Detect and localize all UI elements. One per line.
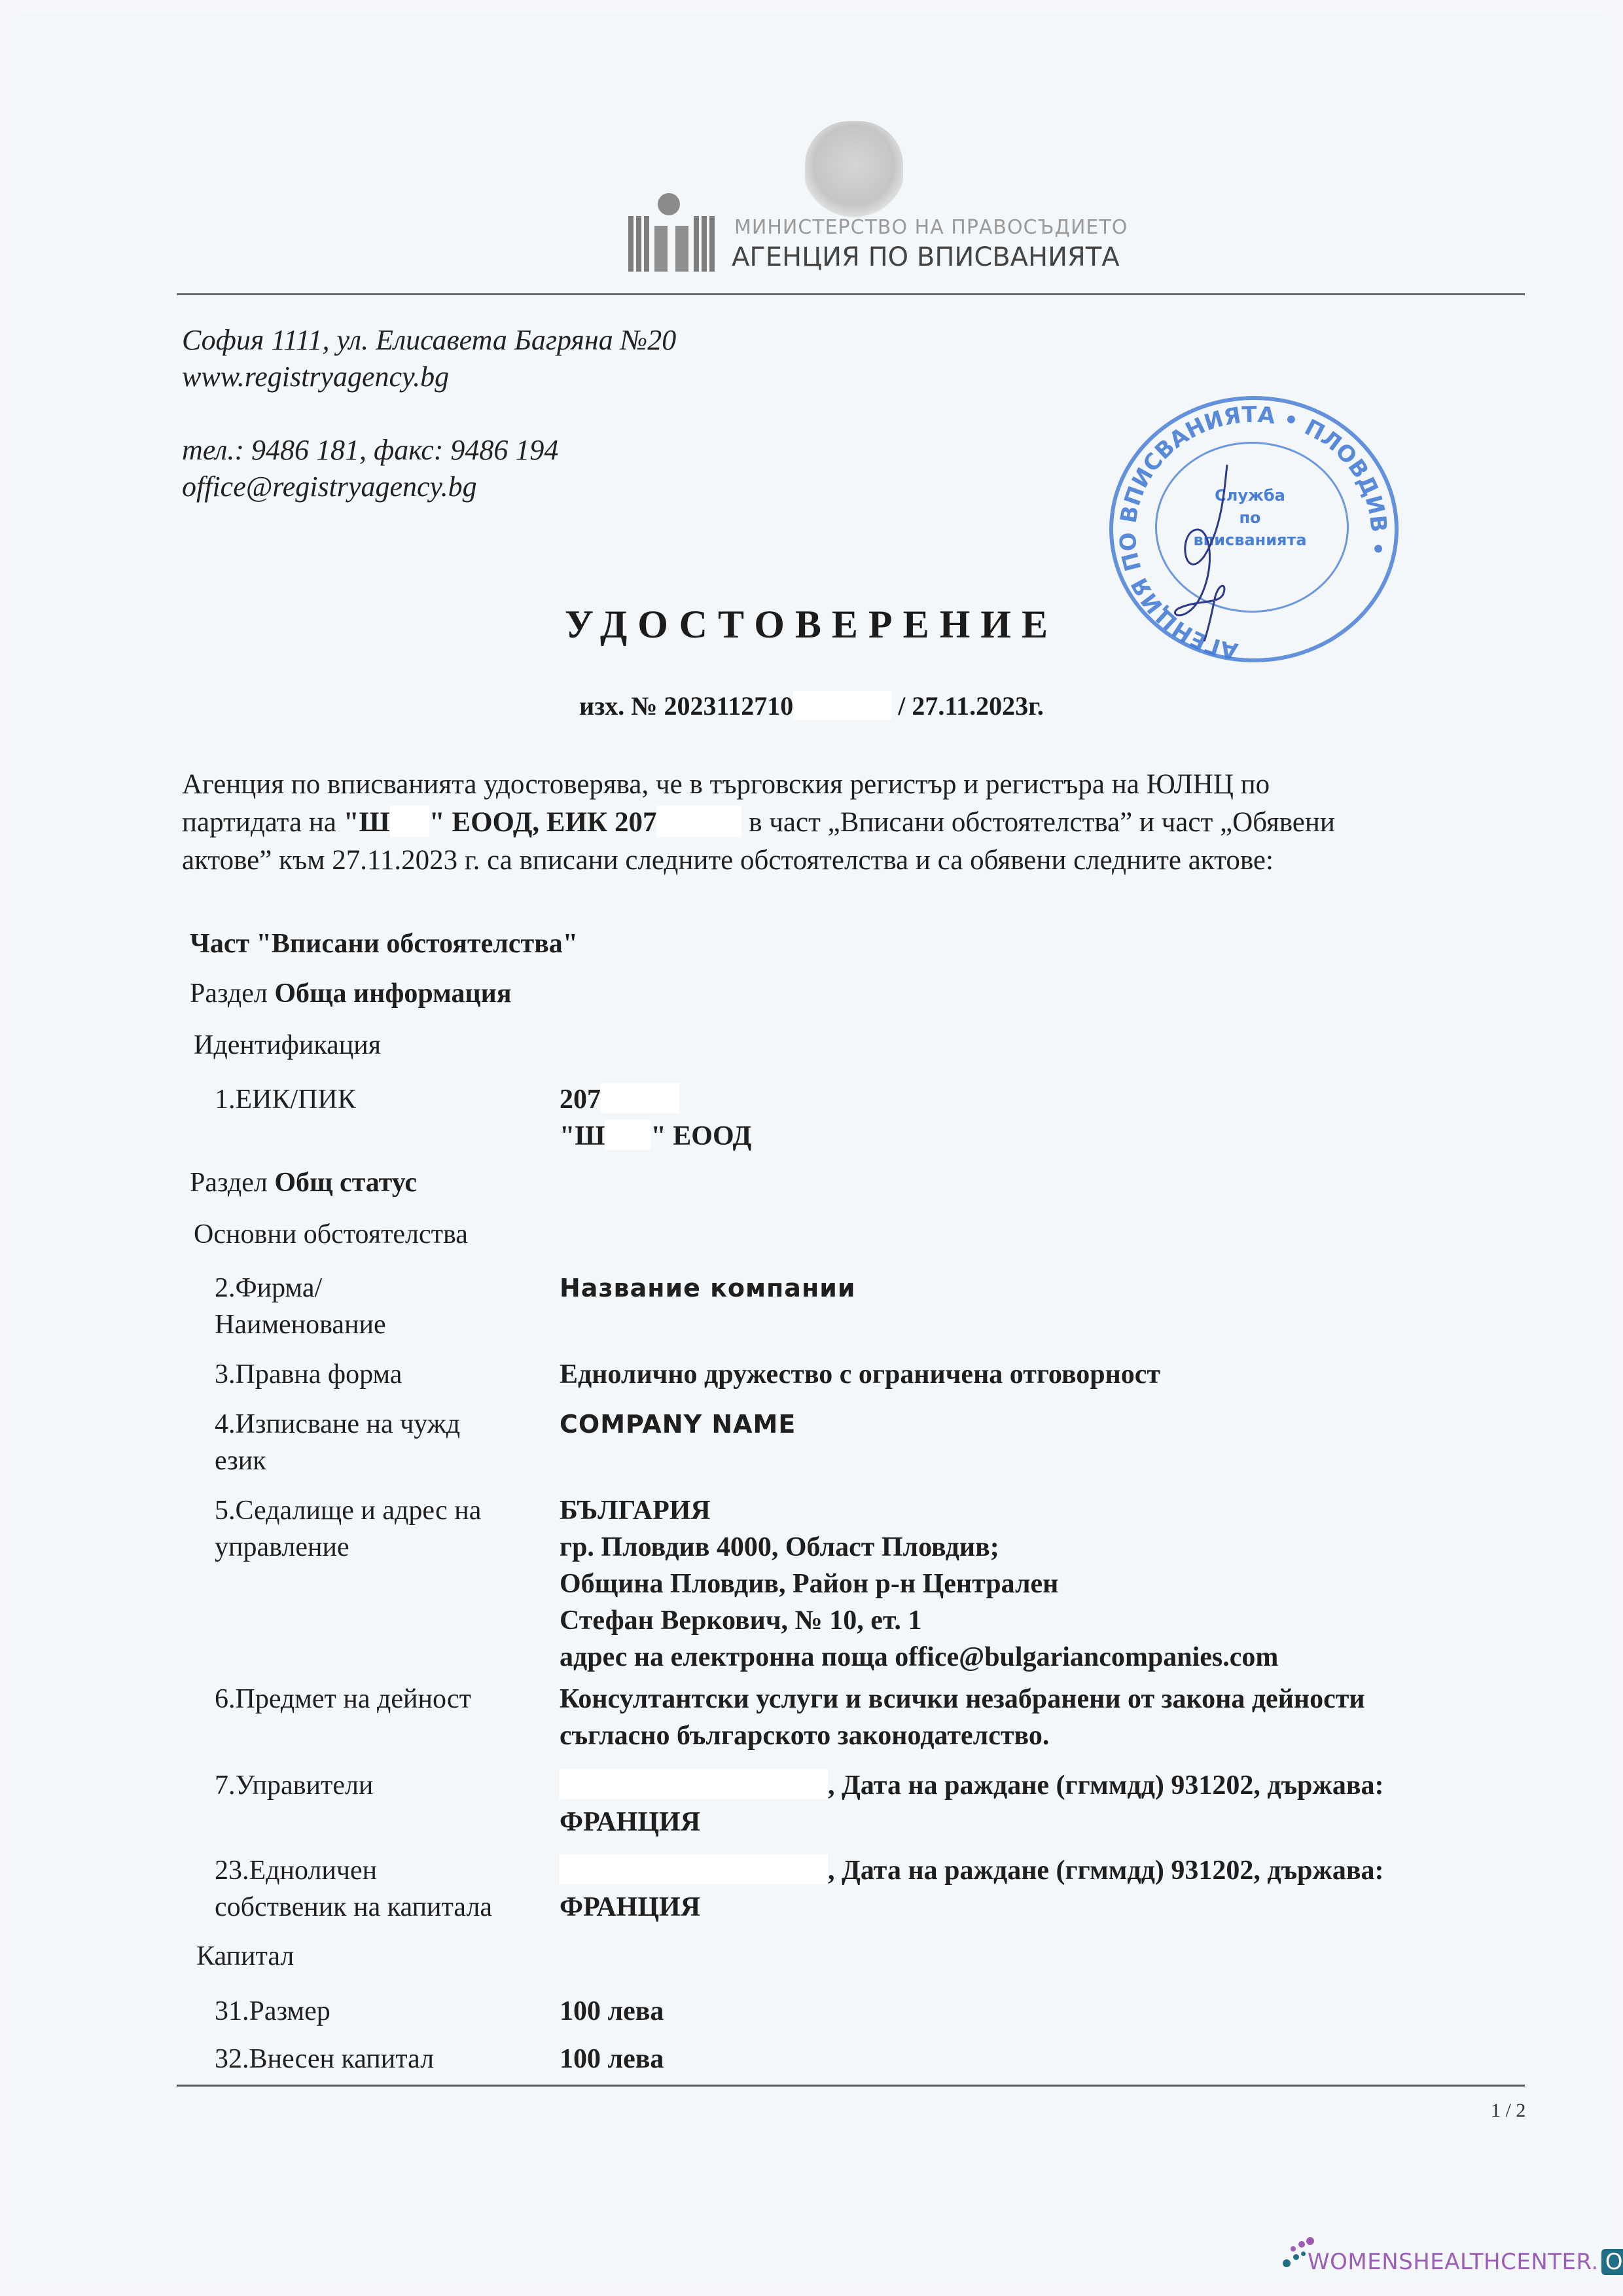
subsection-basic-circumstances: Основни обстоятелства (194, 1219, 468, 1250)
redacted-block (601, 1083, 679, 1113)
section-general-info: Раздел Обща информация (190, 978, 512, 1009)
redacted-block (390, 806, 429, 836)
agency-website: www.registryagency.bg (182, 359, 676, 395)
redacted-block (793, 691, 891, 720)
agency-name: АГЕНЦИЯ ПО ВПИСВАНИЯТА (732, 242, 1120, 272)
ministry-name: МИНИСТЕРСТВО НА ПРАВОСЪДИЕТО (734, 216, 1128, 239)
agency-phone-fax: тел.: 9486 181, факс: 9486 194 (182, 432, 676, 469)
part-title: Част "Вписани обстоятелства" (190, 928, 578, 960)
subsection-identification: Идентификация (194, 1030, 381, 1061)
subsection-capital: Капитал (196, 1941, 294, 1972)
page-number: 1 / 2 (1491, 2100, 1525, 2122)
document-reference: изх. № 2023112710 / 27.11.2023г. (0, 691, 1623, 721)
agency-address: София 1111, ул. Елисавета Багряна №20 (182, 322, 676, 359)
watermark-badge: ORG (1601, 2249, 1623, 2275)
document-title: УДОСТОВЕРЕНИЕ (0, 602, 1623, 647)
section-general-status: Раздел Общ статус (190, 1167, 417, 1198)
coat-of-arms-icon (805, 121, 903, 219)
watermark-text: WOMENSHEALTHCENTER. (1308, 2249, 1599, 2275)
agency-email: office@registryagency.bg (182, 469, 676, 505)
redacted-block (560, 1854, 828, 1884)
header-divider (177, 293, 1525, 295)
redacted-block (560, 1769, 828, 1799)
redacted-block (656, 806, 741, 836)
certification-paragraph: Агенция по вписванията удостоверява, че … (182, 766, 1491, 880)
contact-block: София 1111, ул. Елисавета Багряна №20 ww… (182, 322, 676, 505)
registry-agency-logo-icon (628, 193, 720, 272)
footer-divider (177, 2085, 1525, 2087)
redacted-block (605, 1120, 651, 1150)
